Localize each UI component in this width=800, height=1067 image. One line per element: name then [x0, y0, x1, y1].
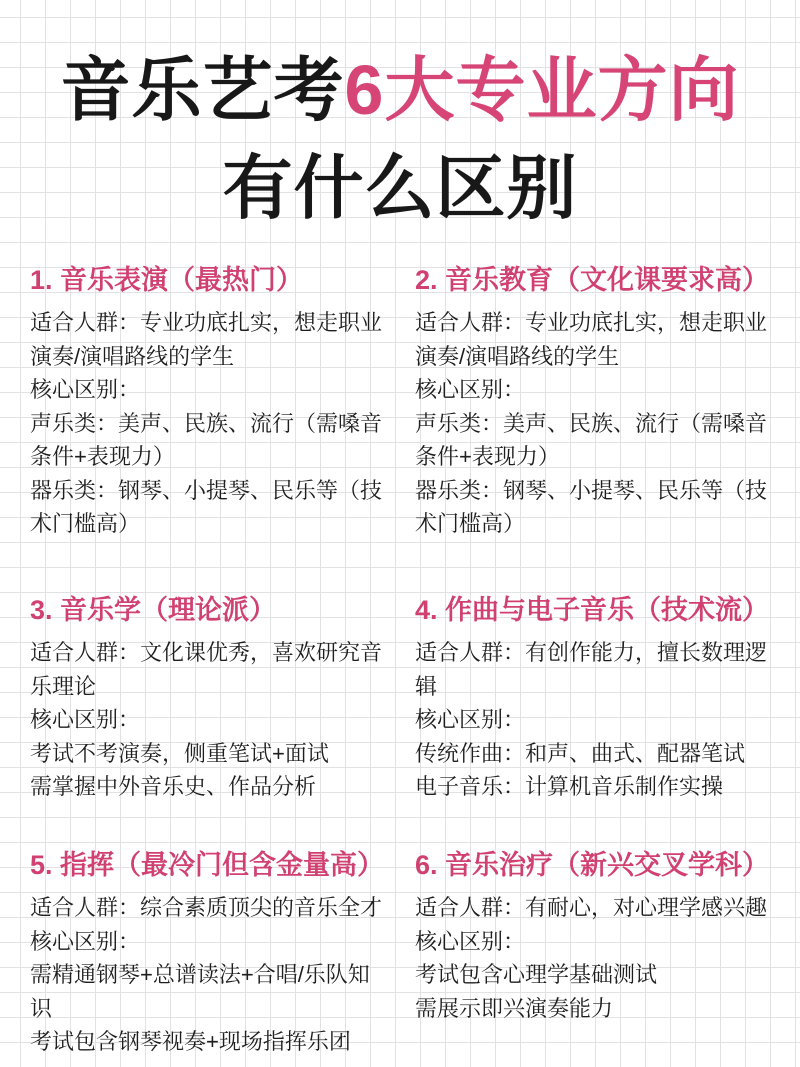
section-line: 考试包含钢琴视奏+现场指挥乐团: [30, 1025, 386, 1059]
section-card-music-performance: 1. 音乐表演（最热门） 适合人群：专业功底扎实，想走职业演奏/演唱路线的学生 …: [30, 262, 386, 541]
section-line: 核心区别：: [415, 703, 771, 737]
title-pink-part: 6大专业方向: [345, 51, 740, 129]
section-line: 适合人群：综合素质顶尖的音乐全才: [30, 891, 386, 925]
section-line: 需展示即兴演奏能力: [415, 992, 771, 1026]
section-line: 核心区别：: [30, 925, 386, 959]
section-line: 考试包含心理学基础测试: [415, 958, 771, 992]
section-line: 适合人群：专业功底扎实，想走职业演奏/演唱路线的学生: [30, 306, 386, 373]
section-row-2: 3. 音乐学（理论派） 适合人群：文化课优秀，喜欢研究音乐理论 核心区别： 考试…: [0, 592, 800, 804]
section-heading: 2. 音乐教育（文化课要求高）: [415, 262, 771, 298]
section-line: 声乐类：美声、民族、流行（需嗓音条件+表现力）: [30, 407, 386, 474]
section-card-music-education: 2. 音乐教育（文化课要求高） 适合人群：专业功底扎实，想走职业演奏/演唱路线的…: [415, 262, 771, 541]
section-line: 声乐类：美声、民族、流行（需嗓音条件+表现力）: [415, 407, 771, 474]
section-line: 适合人群：专业功底扎实，想走职业演奏/演唱路线的学生: [415, 306, 771, 373]
section-line: 器乐类：钢琴、小提琴、民乐等（技术门槛高）: [415, 474, 771, 541]
section-card-composition-electronic: 4. 作曲与电子音乐（技术流） 适合人群：有创作能力，擅长数理逻辑 核心区别： …: [415, 592, 771, 804]
section-heading: 5. 指挥（最冷门但含金量高）: [30, 847, 386, 883]
section-line: 核心区别：: [415, 925, 771, 959]
section-row-1: 1. 音乐表演（最热门） 适合人群：专业功底扎实，想走职业演奏/演唱路线的学生 …: [0, 262, 800, 541]
section-line: 核心区别：: [415, 373, 771, 407]
page-title-line-2: 有什么区别: [0, 148, 800, 228]
section-heading: 3. 音乐学（理论派）: [30, 592, 386, 628]
section-line: 器乐类：钢琴、小提琴、民乐等（技术门槛高）: [30, 474, 386, 541]
section-line: 适合人群：有创作能力，擅长数理逻辑: [415, 636, 771, 703]
section-row-3: 5. 指挥（最冷门但含金量高） 适合人群：综合素质顶尖的音乐全才 核心区别： 需…: [0, 847, 800, 1059]
section-line: 需掌握中外音乐史、作品分析: [30, 770, 386, 804]
section-line: 电子音乐：计算机音乐制作实操: [415, 770, 771, 804]
section-heading: 4. 作曲与电子音乐（技术流）: [415, 592, 771, 628]
section-heading: 6. 音乐治疗（新兴交叉学科）: [415, 847, 771, 883]
section-card-musicology: 3. 音乐学（理论派） 适合人群：文化课优秀，喜欢研究音乐理论 核心区别： 考试…: [30, 592, 386, 804]
section-line: 考试不考演奏，侧重笔试+面试: [30, 737, 386, 771]
page-title-line-1: 音乐艺考6大专业方向: [0, 50, 800, 130]
section-card-music-therapy: 6. 音乐治疗（新兴交叉学科） 适合人群：有耐心，对心理学感兴趣 核心区别： 考…: [415, 847, 771, 1059]
section-line: 需精通钢琴+总谱读法+合唱/乐队知识: [30, 958, 386, 1025]
section-line: 适合人群：有耐心，对心理学感兴趣: [415, 891, 771, 925]
section-heading: 1. 音乐表演（最热门）: [30, 262, 386, 298]
section-card-conducting: 5. 指挥（最冷门但含金量高） 适合人群：综合素质顶尖的音乐全才 核心区别： 需…: [30, 847, 386, 1059]
infographic-page: 音乐艺考6大专业方向 有什么区别 1. 音乐表演（最热门） 适合人群：专业功底扎…: [0, 0, 800, 1067]
title-black-part: 音乐艺考: [61, 51, 345, 129]
section-line: 传统作曲：和声、曲式、配器笔试: [415, 737, 771, 771]
section-line: 核心区别：: [30, 703, 386, 737]
section-line: 适合人群：文化课优秀，喜欢研究音乐理论: [30, 636, 386, 703]
section-line: 核心区别：: [30, 373, 386, 407]
